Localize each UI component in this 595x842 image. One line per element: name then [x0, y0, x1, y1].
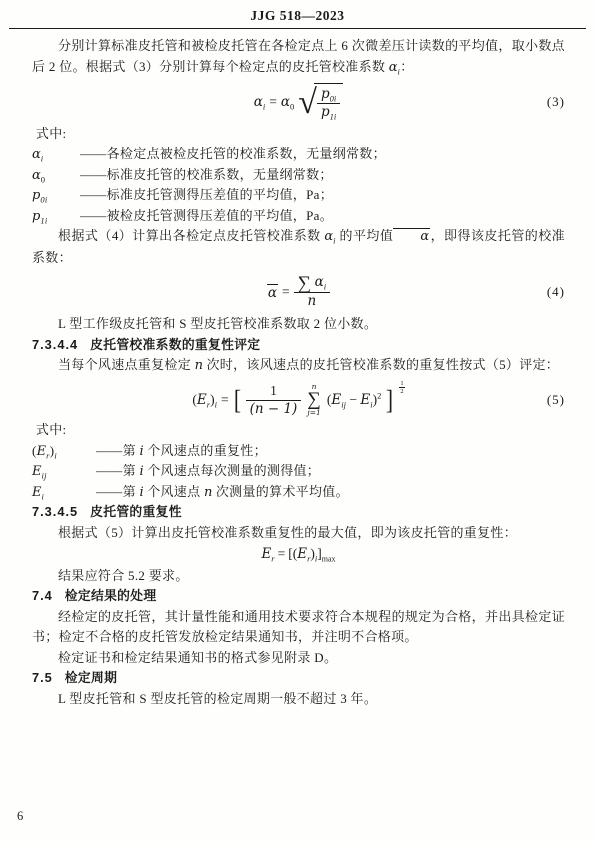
- equals-sign: =: [221, 390, 229, 411]
- section-title: 皮托管校准系数的重复性评定: [90, 337, 260, 352]
- term: (Er)i: [32, 441, 96, 462]
- page-header: JJG 518—2023: [0, 0, 595, 24]
- description: 被检皮托管测得压差值的平均值，Pa。: [107, 206, 565, 227]
- dash: ——: [80, 165, 107, 186]
- section-number: 7.4: [32, 588, 53, 603]
- document-body: 分别计算标准皮托管和被检皮托管在各检定点上 6 次微差压计读数的平均值，取小数点…: [0, 29, 595, 709]
- alpha-bar: α: [267, 284, 278, 300]
- equation-lhs: αi: [254, 92, 266, 113]
- term: p0i: [32, 185, 80, 206]
- alpha-bar: α: [393, 228, 430, 244]
- term: αi: [32, 144, 80, 165]
- paragraph-text: ：: [400, 59, 413, 74]
- section-heading-7-3-4-4: 7.3.4.4皮托管校准系数的重复性评定: [32, 335, 565, 356]
- paragraph-decimals: L 型工作级皮托管和 S 型皮托管校准系数取 2 位小数。: [32, 314, 565, 335]
- equals-sign: =: [278, 544, 286, 565]
- section-number: 7.3.4.5: [32, 504, 78, 519]
- dash: ——: [80, 185, 107, 206]
- exponent-half: 1 2: [399, 380, 404, 396]
- paragraph-max-repeatability: 根据式（5）计算出皮托管校准系数重复性的最大值，即为该皮托管的重复性：: [32, 523, 565, 544]
- equation: Er = [(Er)i]max: [261, 544, 335, 565]
- description: 各检定点被检皮托管的校准系数，无量纲常数；: [107, 144, 565, 165]
- description: 第 i 个风速点 n 次测量的算术平均值。: [123, 482, 565, 503]
- section-heading-7-5: 7.5检定周期: [32, 668, 565, 689]
- formula-3: αi = α0 √ p0i p1i (3): [32, 83, 565, 121]
- fraction: p0i p1i: [317, 86, 340, 121]
- paragraph-repeatability: 当每个风速点重复检定 n 次时，该风速点的皮托管校准系数的重复性按式（5）评定：: [32, 355, 565, 377]
- equals-sign: =: [282, 282, 290, 303]
- equation: α = ∑ αi n: [267, 274, 330, 310]
- description: 标准皮托管的校准系数，无量纲常数；: [107, 165, 565, 186]
- paragraph-intro: 分别计算标准皮托管和被检皮托管在各检定点上 6 次微差压计读数的平均值，取小数点…: [32, 36, 565, 78]
- equation-number: (4): [547, 282, 565, 303]
- fraction: 1 (n − 1): [246, 383, 302, 418]
- paragraph-7-5: L 型皮托管和 S 型皮托管的检定周期一般不超过 3 年。: [32, 689, 565, 710]
- document-page: JJG 518—2023 分别计算标准皮托管和被检皮托管在各检定点上 6 次微差…: [0, 0, 595, 842]
- section-number: 7.3.4.4: [32, 337, 78, 352]
- section-number: 7.5: [32, 670, 53, 685]
- equals-sign: =: [269, 92, 277, 113]
- fraction: ∑ αi n: [294, 274, 330, 310]
- definition-row: Eij —— 第 i 个风速点每次测量的测得值；: [32, 461, 565, 482]
- paragraph-text: 分别计算标准皮托管和被检皮托管在各检定点上 6 次微差压计读数的平均值，取小数点…: [32, 38, 565, 74]
- math-var: α: [389, 60, 398, 75]
- definition-row: Ei —— 第 i 个风速点 n 次测量的算术平均值。: [32, 482, 565, 503]
- section-title: 皮托管的重复性: [90, 504, 182, 519]
- description: 标准皮托管测得压差值的平均值，Pa；: [107, 185, 565, 206]
- formula-4: α = ∑ αi n (4): [32, 274, 565, 310]
- dash: ——: [96, 441, 123, 462]
- definition-row: p1i —— 被检皮托管测得压差值的平均值，Pa。: [32, 206, 565, 227]
- formula-er: Er = [(Er)i]max: [32, 544, 565, 565]
- formula-5: (Er)i = [ 1 (n − 1) n ∑ j=1 (Eij − Ei)2 …: [32, 383, 565, 418]
- section-title: 检定结果的处理: [65, 588, 157, 603]
- dash: ——: [80, 144, 107, 165]
- equation-rhs: [(Er)i]max: [288, 544, 335, 565]
- coefficient: α0: [281, 92, 294, 113]
- definition-row: p0i —— 标准皮托管测得压差值的平均值，Pa；: [32, 185, 565, 206]
- dash: ——: [80, 206, 107, 227]
- equation-lhs: (Er)i: [192, 390, 217, 411]
- term: α0: [32, 165, 80, 186]
- dash: ——: [96, 461, 123, 482]
- paragraph-7-4b: 检定证书和检定结果通知书的格式参见附录 D。: [32, 648, 565, 669]
- equation: (Er)i = [ 1 (n − 1) n ∑ j=1 (Eij − Ei)2 …: [192, 383, 404, 418]
- square-root: √ p0i p1i: [298, 83, 343, 121]
- sigma-icon: ∑: [307, 391, 321, 409]
- section-heading-7-4: 7.4检定结果的处理: [32, 586, 565, 607]
- equation-number: (3): [547, 92, 565, 113]
- description: 第 i 个风速点的重复性；: [123, 441, 565, 462]
- page-number: 6: [17, 809, 23, 824]
- summand: (Eij − Ei)2: [327, 390, 381, 411]
- paragraph-result: 结果应符合 5.2 要求。: [32, 566, 565, 587]
- right-bracket: ]: [386, 387, 393, 414]
- sigma-icon: ∑: [298, 273, 312, 294]
- definition-row: α0 —— 标准皮托管的校准系数，无量纲常数；: [32, 165, 565, 186]
- definition-row: αi —— 各检定点被检皮托管的校准系数，无量纲常数；: [32, 144, 565, 165]
- term: Eij: [32, 461, 96, 482]
- term: p1i: [32, 206, 80, 227]
- description: 第 i 个风速点每次测量的测得值；: [123, 461, 565, 482]
- paragraph-7-4: 经检定的皮托管，其计量性能和通用技术要求符合本规程的规定为合格，并出具检定证书；…: [32, 607, 565, 648]
- equation-lhs: Er: [261, 544, 274, 565]
- summation: n ∑ j=1: [307, 383, 321, 418]
- equation-number: (5): [547, 390, 565, 411]
- term: Ei: [32, 482, 96, 503]
- left-bracket: [: [233, 387, 240, 414]
- definition-row: (Er)i —— 第 i 个风速点的重复性；: [32, 441, 565, 462]
- section-title: 检定周期: [65, 670, 117, 685]
- where-label: 式中:: [32, 420, 565, 441]
- radical-sign-icon: √: [298, 89, 317, 116]
- equation: αi = α0 √ p0i p1i: [254, 83, 343, 121]
- paragraph-mean: 根据式（4）计算出各检定点皮托管校准系数 αi 的平均值α，即得该皮托管的校准系…: [32, 226, 565, 268]
- section-heading-7-3-4-5: 7.3.4.5皮托管的重复性: [32, 502, 565, 523]
- dash: ——: [96, 482, 123, 503]
- where-label: 式中:: [32, 124, 565, 145]
